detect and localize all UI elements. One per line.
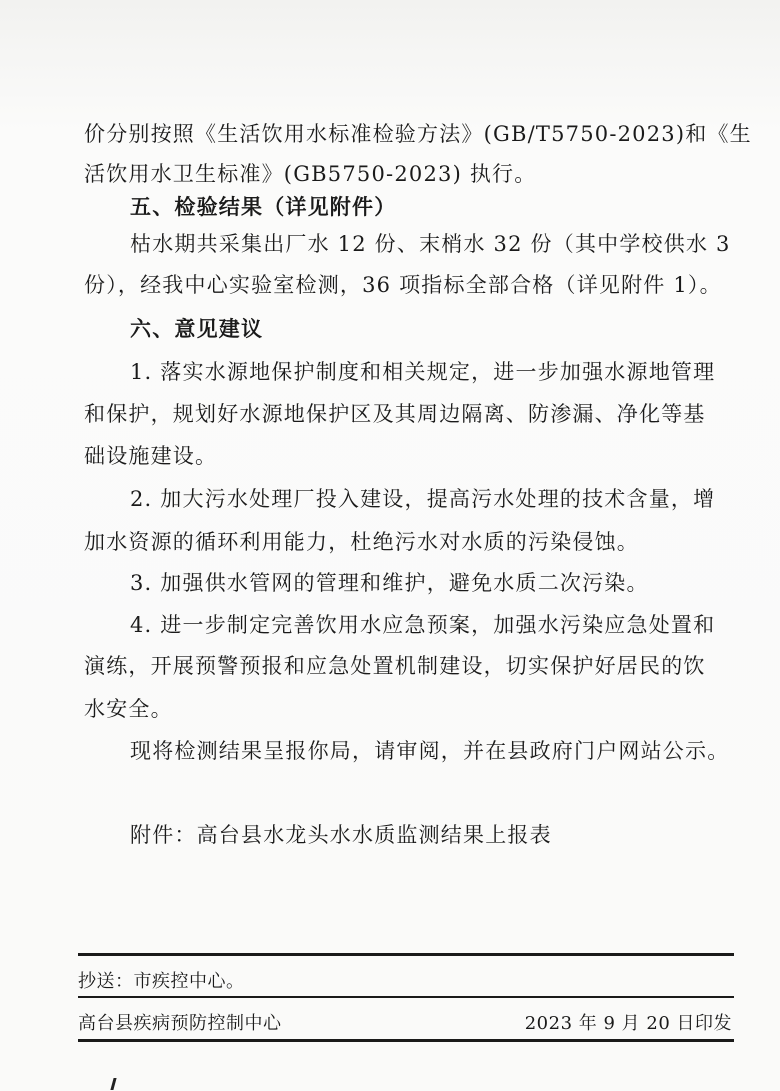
body-line: 础设施建设。 — [84, 441, 734, 471]
section-heading-suggestions: 六、意见建议 — [130, 314, 780, 344]
issue-date: 2023 年 9 月 20 日印发 — [525, 1012, 732, 1036]
body-line: 现将检测结果呈报你局，请审阅，并在县政府门户网站公示。 — [130, 736, 780, 766]
body-line: 价分别按照《生活饮用水标准检验方法》(GB/T5750-2023)和《生 — [84, 119, 734, 149]
body-line: 枯水期共采集出厂水 12 份、末梢水 32 份（其中学校供水 3 — [130, 229, 780, 259]
body-line: 水安全。 — [84, 694, 734, 724]
body-line: 份），经我中心实验室检测，36 项指标全部合格（详见附件 1）。 — [84, 270, 734, 300]
footer-bottom-rule — [78, 1039, 734, 1042]
body-line: 2. 加大污水处理厂投入建设，提高污水处理的技术含量，增 — [130, 484, 780, 514]
footer-middle-rule — [78, 996, 734, 998]
body-line: 1. 落实水源地保护制度和相关规定，进一步加强水源地管理 — [130, 357, 780, 387]
body-line: 加水资源的循环利用能力，杜绝污水对水质的污染侵蚀。 — [84, 527, 734, 557]
footer-top-rule — [78, 953, 734, 956]
body-line: 演练，开展预警预报和应急处置机制建设，切实保护好居民的饮 — [84, 651, 734, 681]
body-line: 和保护，规划好水源地保护区及其周边隔离、防渗漏、净化等基 — [84, 399, 734, 429]
cc-recipients: 抄送：市疾控中心。 — [78, 970, 245, 994]
page-number-mark — [110, 1078, 116, 1090]
body-line: 3. 加强供水管网的管理和维护，避免水质二次污染。 — [130, 568, 780, 598]
section-heading-results: 五、检验结果（详见附件） — [130, 192, 780, 222]
body-line: 4. 进一步制定完善饮用水应急预案，加强水污染应急处置和 — [130, 610, 780, 640]
document-page: 价分别按照《生活饮用水标准检验方法》(GB/T5750-2023)和《生 活饮用… — [0, 0, 780, 1091]
attachment-note: 附件：高台县水龙头水水质监测结果上报表 — [130, 820, 780, 850]
body-line: 活饮用水卫生标准》(GB5750-2023) 执行。 — [84, 159, 734, 189]
issuer-name: 高台县疾病预防控制中心 — [78, 1012, 282, 1036]
